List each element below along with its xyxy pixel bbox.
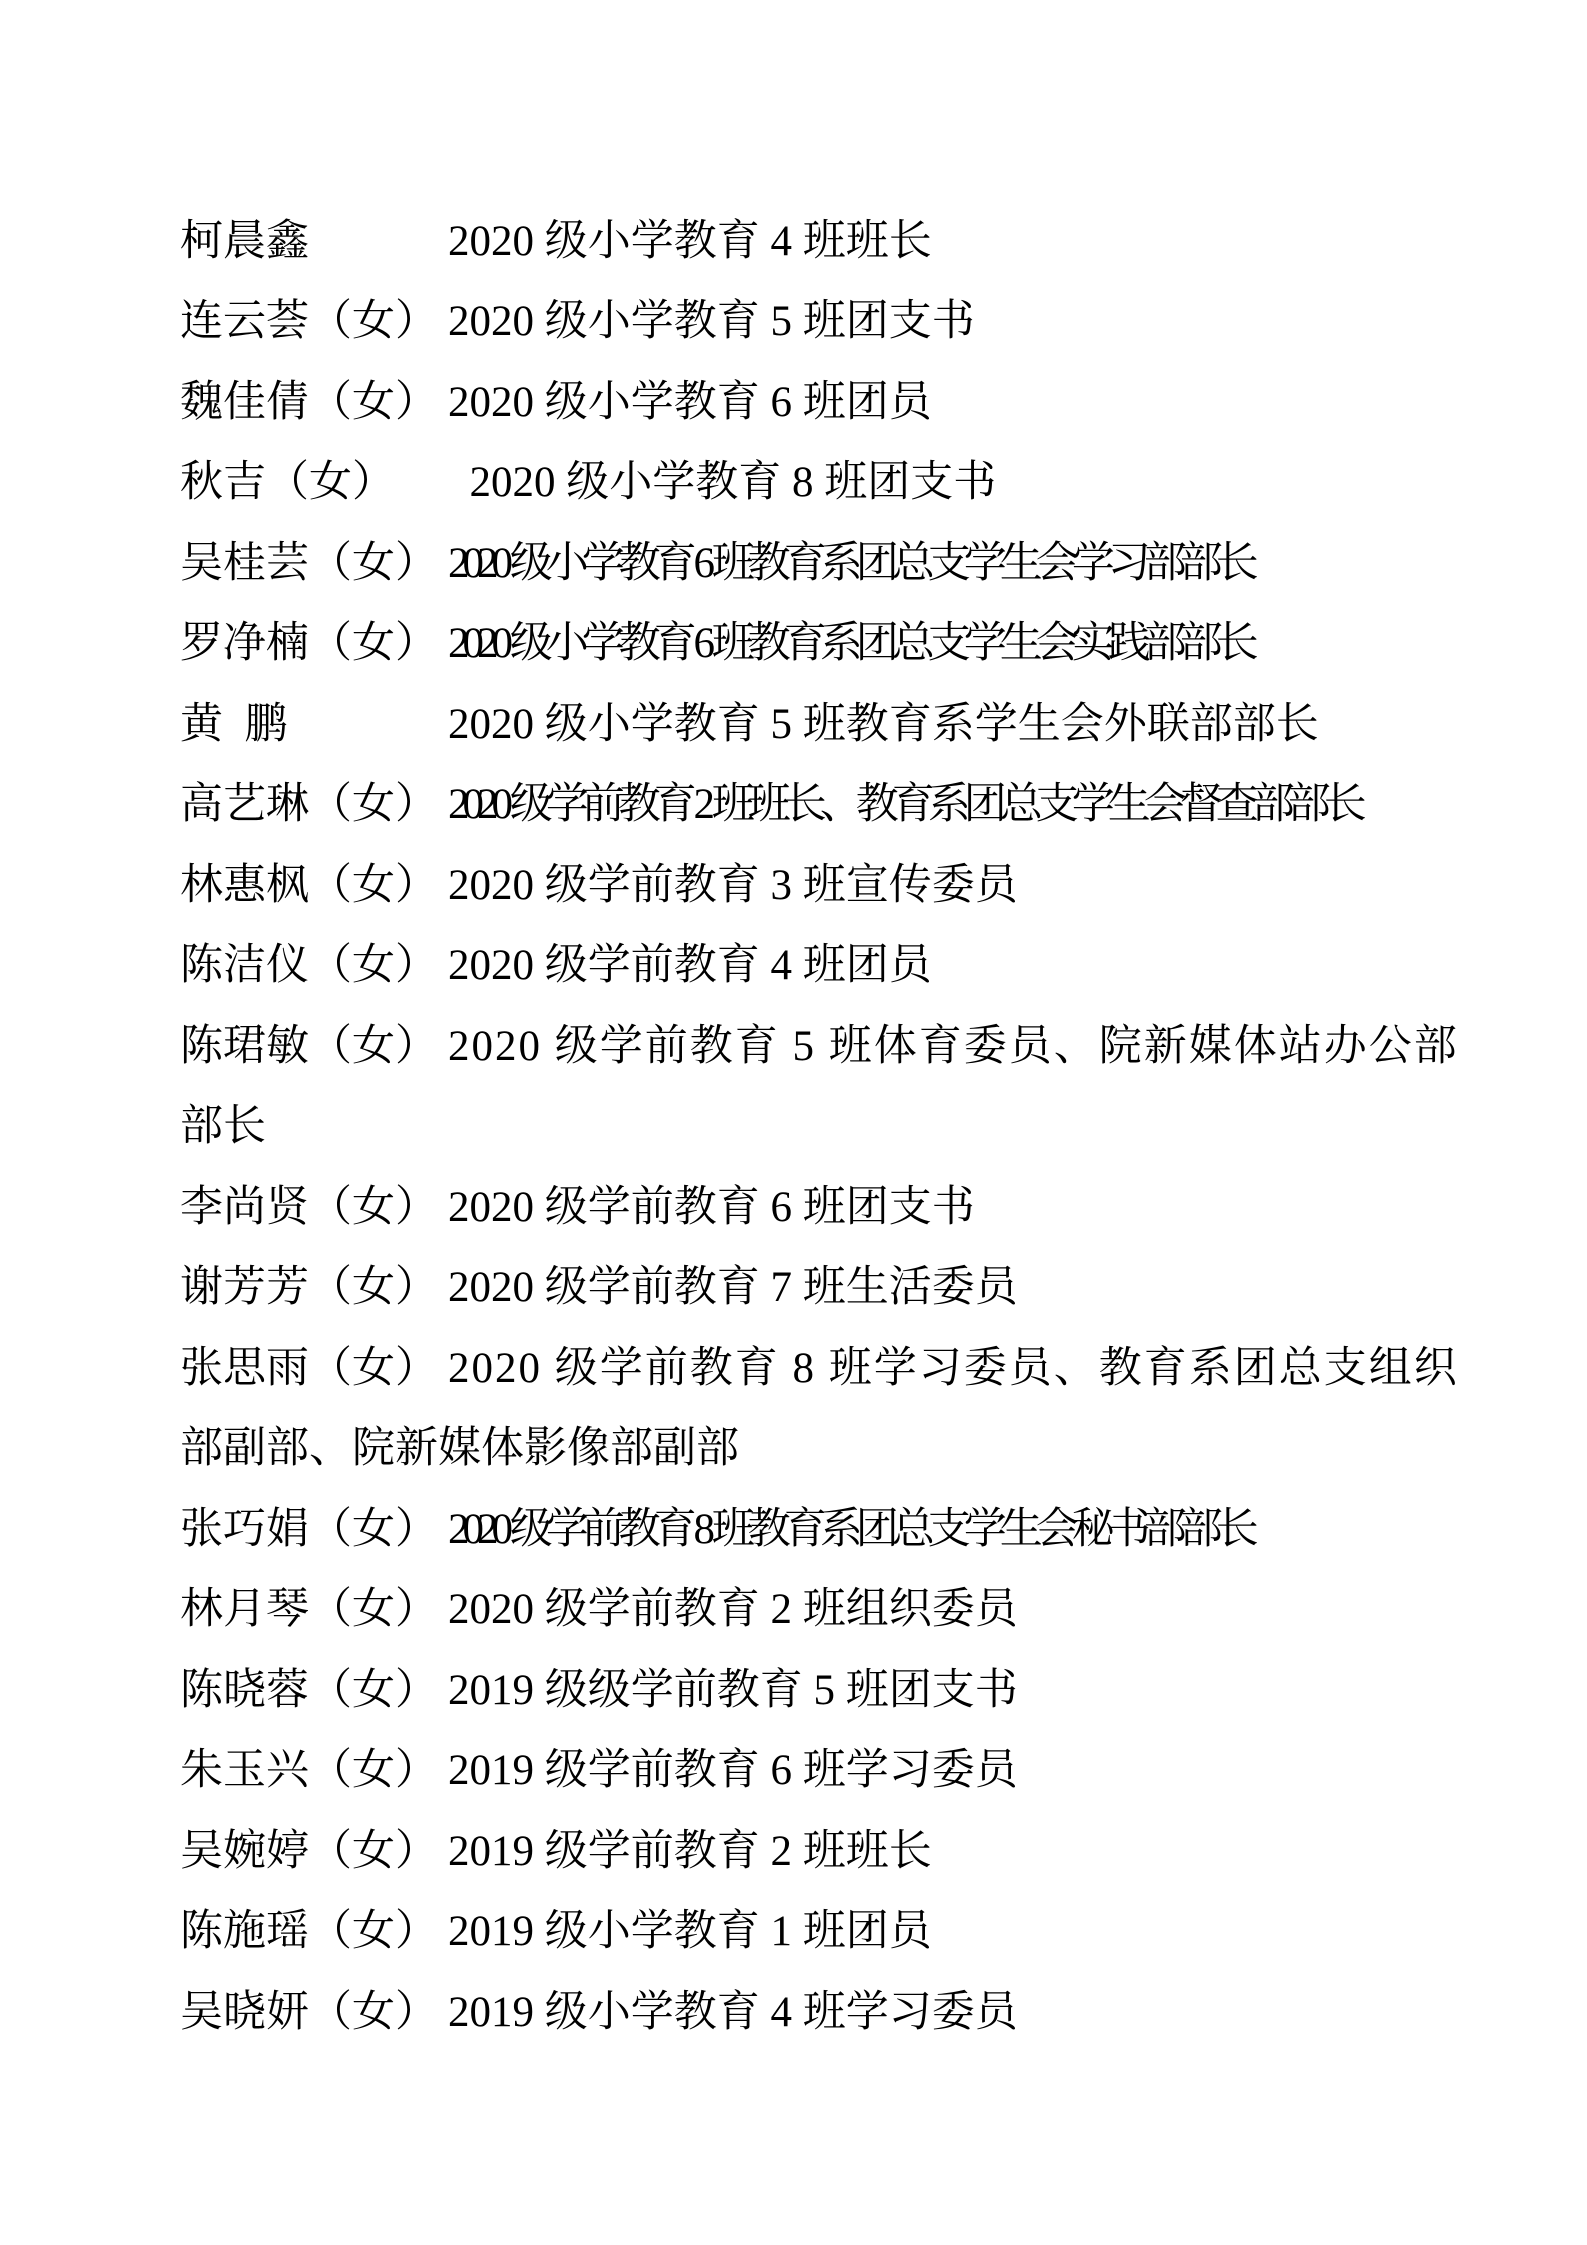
- gender-note: （女）: [309, 781, 438, 828]
- gender-note: （女）: [309, 1747, 438, 1794]
- list-item: 张巧娟（女） 2020 级学前教育 8 班教育系团总支学生会秘书部部长: [180, 1485, 1430, 1566]
- list-item: 林惠枫（女） 2020 级学前教育 3 班宣传委员: [180, 841, 1430, 922]
- student-name: 黄 鹏: [180, 690, 448, 751]
- student-name: 谢芳芳（女）: [180, 1253, 448, 1314]
- gender-note: （女）: [309, 1184, 438, 1231]
- student-name-text: 陈施瑶: [180, 1908, 309, 1955]
- student-position: 2020 级学前教育 3 班宣传委员: [448, 851, 1018, 912]
- student-name: 陈晓蓉（女）: [180, 1656, 448, 1717]
- list-item: 柯晨鑫 2020 级小学教育 4 班班长: [180, 197, 1430, 278]
- student-name: 张巧娟（女）: [180, 1495, 448, 1556]
- student-position-continued: 部长: [180, 1092, 266, 1153]
- student-name-text: 黄 鹏: [180, 701, 288, 748]
- list-item: 吴晓妍（女） 2019 级小学教育 4 班学习委员: [180, 1968, 1430, 2049]
- student-name: 陈施瑶（女）: [180, 1897, 448, 1958]
- gender-note: （女）: [309, 1264, 438, 1311]
- student-position: 2019 级学前教育 2 班班长: [448, 1817, 932, 1878]
- student-name-text: 连云荟: [180, 298, 309, 345]
- student-position: 2019 级小学教育 4 班学习委员: [448, 1978, 1018, 2039]
- gender-note: （女）: [309, 298, 438, 345]
- student-position: 2020 级小学教育 6 班团员: [448, 368, 932, 429]
- student-position: 2020 级学前教育 2 班班长、教育系团总支学生会督查部部长: [448, 770, 1360, 831]
- gender-note: （女）: [309, 1908, 438, 1955]
- student-name: 林惠枫（女）: [180, 851, 448, 912]
- list-item: 李尚贤（女） 2020 级学前教育 6 班团支书: [180, 1163, 1430, 1244]
- student-name: 罗净楠（女）: [180, 609, 448, 670]
- student-position: 2020 级小学教育 4 班班长: [448, 207, 932, 268]
- student-name-text: 陈珺敏: [180, 1023, 309, 1070]
- student-name: 连云荟（女）: [180, 287, 448, 348]
- list-item: 黄 鹏 2020 级小学教育 5 班教育系学生会外联部部长: [180, 680, 1430, 761]
- student-name-text: 陈晓蓉: [180, 1667, 309, 1714]
- student-position: 2020 级小学教育 6 班教育系团总支学生会实践部部长: [448, 609, 1252, 670]
- student-name-text: 林月琴: [180, 1586, 309, 1633]
- student-name-text: 谢芳芳: [180, 1264, 309, 1311]
- student-name-text: 魏佳倩: [180, 379, 309, 426]
- list-item: 吴婉婷（女） 2019 级学前教育 2 班班长: [180, 1807, 1430, 1888]
- list-item-continuation: 部长: [180, 1083, 1430, 1164]
- student-name-text: 李尚贤: [180, 1184, 309, 1231]
- student-name-text: 吴晓妍: [180, 1989, 309, 2036]
- student-name-text: 高艺琳: [180, 781, 309, 828]
- student-name-text: 朱玉兴: [180, 1747, 309, 1794]
- student-name: 林月琴（女）: [180, 1575, 448, 1636]
- list-item: 陈晓蓉（女） 2019 级级学前教育 5 班团支书: [180, 1646, 1430, 1727]
- student-name: 吴婉婷（女）: [180, 1817, 448, 1878]
- gender-note: （女）: [309, 1989, 438, 2036]
- student-position: 2020 级小学教育 5 班教育系学生会外联部部长: [448, 690, 1319, 751]
- student-name: 吴桂芸（女）: [180, 529, 448, 590]
- roster-list: 柯晨鑫 2020 级小学教育 4 班班长 连云荟（女） 2020 级小学教育 5…: [180, 197, 1430, 2049]
- list-item: 连云荟（女） 2020 级小学教育 5 班团支书: [180, 278, 1430, 359]
- student-name: 陈珺敏（女）: [180, 1012, 448, 1073]
- student-name-text: 秋吉: [180, 459, 266, 506]
- student-name-text: 林惠枫: [180, 862, 309, 909]
- list-item: 罗净楠（女） 2020 级小学教育 6 班教育系团总支学生会实践部部长: [180, 600, 1430, 681]
- student-name: 陈洁仪（女）: [180, 931, 448, 992]
- student-position-continued: 部副部、院新媒体影像部副部: [180, 1414, 739, 1475]
- student-name-text: 柯晨鑫: [180, 218, 309, 265]
- gender-note: （女）: [309, 1667, 438, 1714]
- document-page: 柯晨鑫 2020 级小学教育 4 班班长 连云荟（女） 2020 级小学教育 5…: [0, 0, 1587, 2245]
- student-position: 2020 级学前教育 8 班教育系团总支学生会秘书部部长: [448, 1495, 1252, 1556]
- student-name-text: 吴婉婷: [180, 1828, 309, 1875]
- gender-note: （女）: [309, 1828, 438, 1875]
- student-position: 2020 级小学教育 5 班团支书: [448, 287, 975, 348]
- gender-note: （女）: [309, 1023, 438, 1070]
- list-item: 谢芳芳（女） 2020 级学前教育 7 班生活委员: [180, 1244, 1430, 1325]
- list-item: 秋吉（女） 2020 级小学教育 8 班团支书: [180, 439, 1430, 520]
- gender-note: （女）: [266, 459, 395, 506]
- list-item: 陈洁仪（女） 2020 级学前教育 4 班团员: [180, 922, 1430, 1003]
- student-name: 吴晓妍（女）: [180, 1978, 448, 2039]
- student-name: 高艺琳（女）: [180, 770, 448, 831]
- gender-note: （女）: [309, 540, 438, 587]
- list-item: 吴桂芸（女） 2020 级小学教育 6 班教育系团总支学生会学习部部长: [180, 519, 1430, 600]
- gender-note: （女）: [309, 1506, 438, 1553]
- student-name: 柯晨鑫: [180, 207, 448, 268]
- list-item: 陈珺敏（女） 2020 级学前教育 5 班体育委员、院新媒体站办公部: [180, 1002, 1430, 1083]
- student-name-text: 罗净楠: [180, 620, 309, 667]
- student-position: 2020 级学前教育 7 班生活委员: [448, 1253, 1018, 1314]
- student-name: 秋吉（女）: [180, 448, 448, 509]
- student-position: 2019 级级学前教育 5 班团支书: [448, 1656, 1018, 1717]
- gender-note: （女）: [309, 942, 438, 989]
- student-name: 魏佳倩（女）: [180, 368, 448, 429]
- list-item: 魏佳倩（女） 2020 级小学教育 6 班团员: [180, 358, 1430, 439]
- gender-note: （女）: [309, 1586, 438, 1633]
- student-position: 2019 级小学教育 1 班团员: [448, 1897, 932, 1958]
- gender-note: （女）: [309, 620, 438, 667]
- student-name-text: 张思雨: [180, 1345, 309, 1392]
- student-position: 2020 级学前教育 5 班体育委员、院新媒体站办公部: [448, 1012, 1459, 1073]
- list-item: 朱玉兴（女） 2019 级学前教育 6 班学习委员: [180, 1727, 1430, 1808]
- student-position: 2020 级学前教育 8 班学习委员、教育系团总支组织: [448, 1334, 1459, 1395]
- student-name: 李尚贤（女）: [180, 1173, 448, 1234]
- list-item-continuation: 部副部、院新媒体影像部副部: [180, 1405, 1430, 1486]
- student-name-text: 张巧娟: [180, 1506, 309, 1553]
- student-position: 2020 级学前教育 4 班团员: [448, 931, 932, 992]
- list-item: 张思雨（女） 2020 级学前教育 8 班学习委员、教育系团总支组织: [180, 1324, 1430, 1405]
- list-item: 林月琴（女） 2020 级学前教育 2 班组织委员: [180, 1566, 1430, 1647]
- list-item: 高艺琳（女） 2020 级学前教育 2 班班长、教育系团总支学生会督查部部长: [180, 761, 1430, 842]
- student-name-text: 陈洁仪: [180, 942, 309, 989]
- student-position: 2020 级学前教育 2 班组织委员: [448, 1575, 1018, 1636]
- student-position: 2019 级学前教育 6 班学习委员: [448, 1736, 1018, 1797]
- student-position: 2020 级小学教育 8 班团支书: [448, 448, 996, 509]
- gender-note: （女）: [309, 1345, 438, 1392]
- student-position: 2020 级小学教育 6 班教育系团总支学生会学习部部长: [448, 529, 1252, 590]
- student-position: 2020 级学前教育 6 班团支书: [448, 1173, 975, 1234]
- student-name-text: 吴桂芸: [180, 540, 309, 587]
- student-name: 张思雨（女）: [180, 1334, 448, 1395]
- student-name: 朱玉兴（女）: [180, 1736, 448, 1797]
- gender-note: （女）: [309, 379, 438, 426]
- list-item: 陈施瑶（女） 2019 级小学教育 1 班团员: [180, 1888, 1430, 1969]
- gender-note: （女）: [309, 862, 438, 909]
